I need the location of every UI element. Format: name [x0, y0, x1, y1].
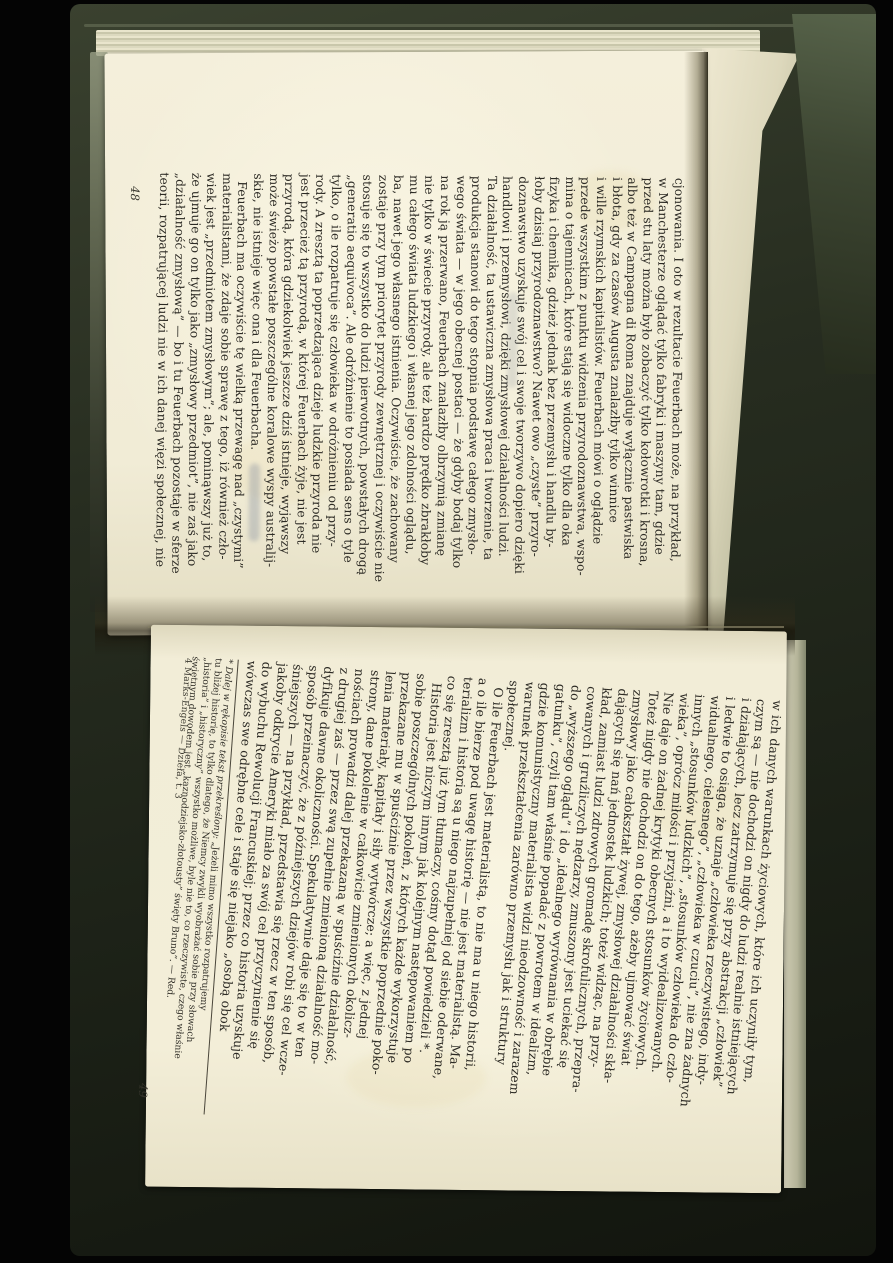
- page-49-text: w ich danych warunkach życiowych, które …: [135, 654, 785, 1155]
- page-49-body: w ich danych warunkach życiowych, które …: [210, 660, 785, 1155]
- pencil-smudge: [507, 292, 518, 388]
- page-48-folio: 48: [128, 186, 142, 201]
- cover-edge-highlight: [84, 24, 824, 27]
- footnote-text: „Jeżeli mimo wszystko rozpatrujemy tu bl…: [165, 656, 224, 1059]
- page-48-curled-edge: [684, 52, 708, 634]
- page-48-text: cjonowania. I oto w rezultacie Feuerbach…: [122, 172, 686, 608]
- page-stack-edge-bottom-right: [784, 640, 806, 1188]
- page-49-folio: 49: [136, 1083, 151, 1099]
- book-scan-photo: cjonowania. I oto w rezultacie Feuerbach…: [0, 0, 893, 1263]
- pencil-smudge: [248, 463, 260, 541]
- page-48-body: cjonowania. I oto w rezultacie Feuerbach…: [152, 172, 687, 608]
